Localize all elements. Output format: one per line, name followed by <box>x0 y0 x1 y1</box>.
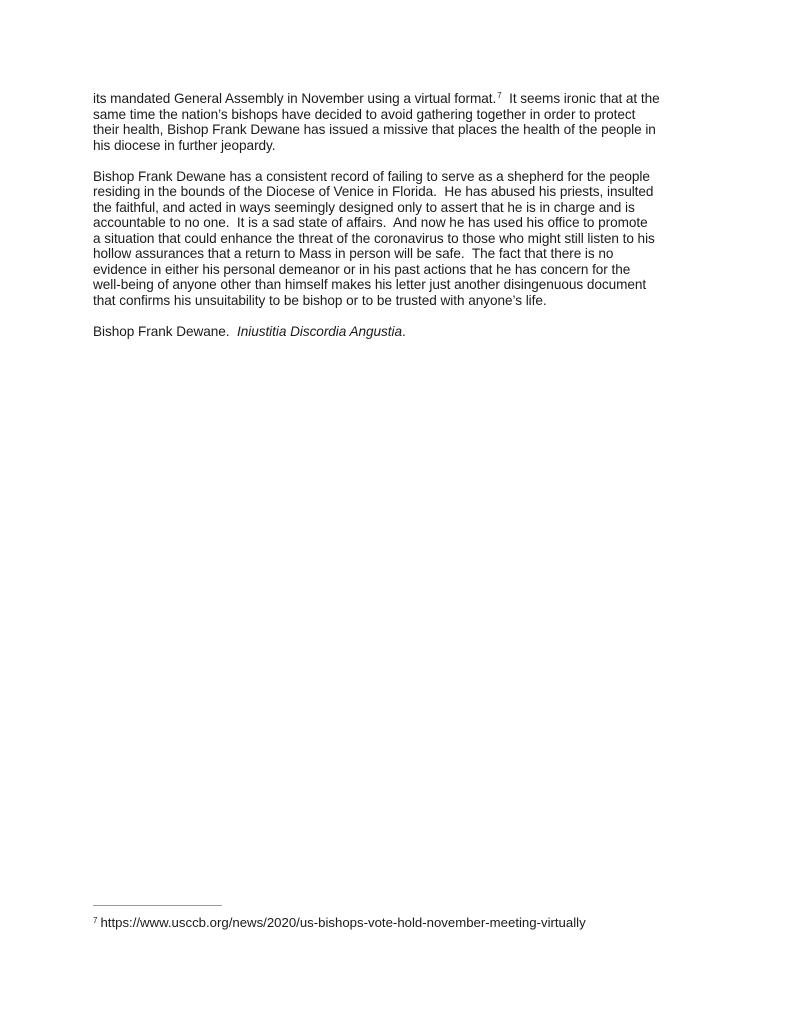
footnote-7: 7https://www.usccb.org/news/2020/us-bish… <box>93 915 586 930</box>
text-line: its mandated General Assembly in Novembe… <box>93 91 713 107</box>
closing-motto: Iniustitia Discordia Angustia <box>237 324 402 339</box>
paragraph-1: its mandated General Assembly in Novembe… <box>93 91 713 153</box>
text-line: well-being of anyone other than himself … <box>93 277 713 293</box>
document-page: its mandated General Assembly in Novembe… <box>0 0 791 1024</box>
text-line: their health, Bishop Frank Dewane has is… <box>93 122 713 138</box>
text-line: evidence in either his personal demeanor… <box>93 262 713 278</box>
closing-line: Bishop Frank Dewane. Iniustitia Discordi… <box>93 324 713 340</box>
text-line: hollow assurances that a return to Mass … <box>93 246 713 262</box>
footnote-link[interactable]: https://www.usccb.org/news/2020/us-bisho… <box>100 915 585 930</box>
text-line: the faithful, and acted in ways seemingl… <box>93 200 713 216</box>
text-line: accountable to no one. It is a sad state… <box>93 215 713 231</box>
footnote-separator <box>93 905 222 906</box>
text-line: same time the nation’s bishops have deci… <box>93 107 713 123</box>
text-line: his diocese in further jeopardy. <box>93 138 713 154</box>
closing-signature: Bishop Frank Dewane. <box>93 324 237 339</box>
body-text: its mandated General Assembly in Novembe… <box>93 91 713 355</box>
text-line: a situation that could enhance the threa… <box>93 231 713 247</box>
paragraph-2: Bishop Frank Dewane has a consistent rec… <box>93 169 713 309</box>
text-line: Bishop Frank Dewane has a consistent rec… <box>93 169 713 185</box>
footnote-number: 7 <box>93 916 97 925</box>
text-line: that confirms his unsuitability to be bi… <box>93 293 713 309</box>
text-line: residing in the bounds of the Diocese of… <box>93 184 713 200</box>
